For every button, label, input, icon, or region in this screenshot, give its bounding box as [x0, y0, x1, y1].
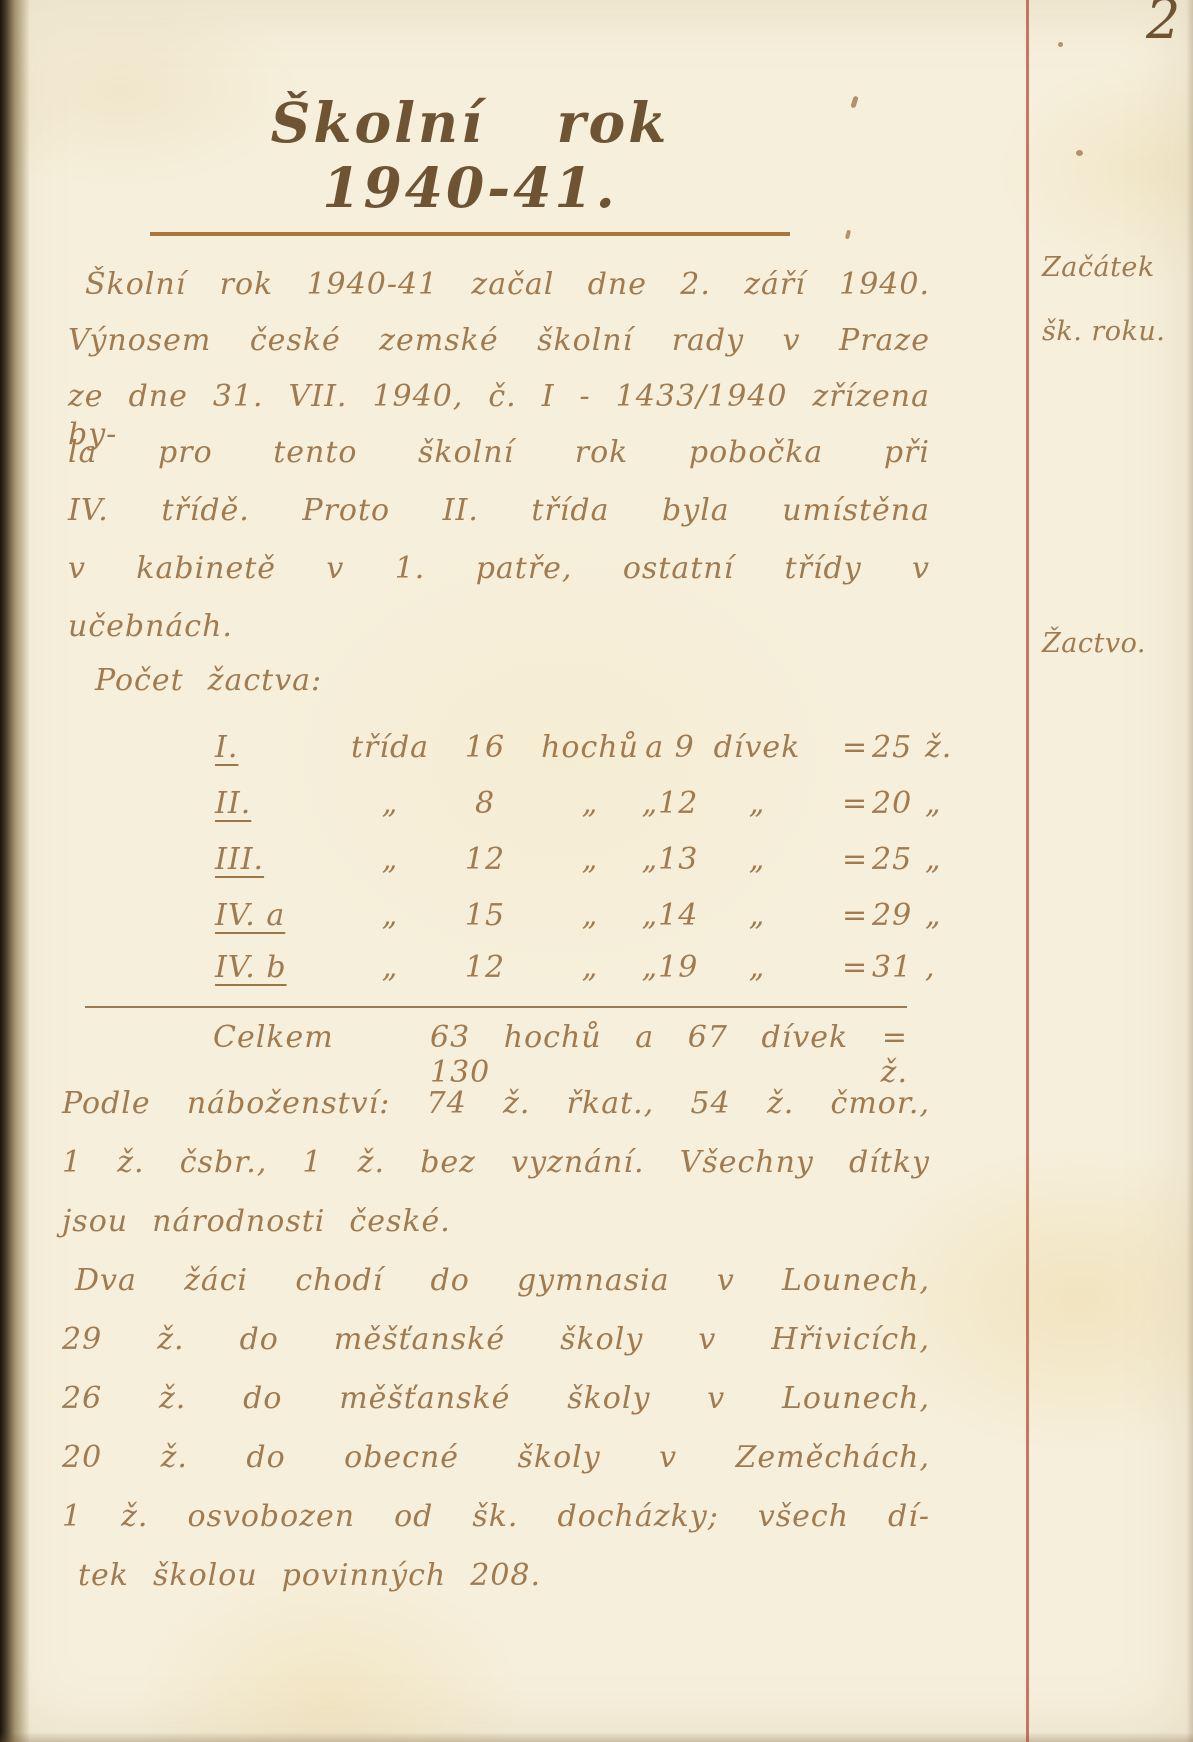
table-cell: 12: [450, 842, 520, 877]
table-cell: II.: [215, 786, 251, 821]
table-row: II. „ 8 „ „12 „ = 20 „: [0, 786, 1000, 826]
table-cell: „: [712, 842, 802, 877]
handwritten-line: Počet žactva:: [95, 662, 957, 700]
handwritten-line: 26 ž. do měšťanské školy v Lounech,: [62, 1380, 930, 1418]
handwritten-line: Dva žáci chodí do gymnasia v Lounech,: [75, 1262, 930, 1300]
handwritten-line: IV. třídě. Proto II. třída byla umístěna: [68, 492, 930, 530]
table-cell: „19: [615, 950, 725, 985]
table-cell: 29: [872, 898, 912, 933]
ink-speck: [1076, 150, 1083, 156]
handwritten-line: 20 ž. do obecné školy v Zeměchách,: [62, 1439, 930, 1477]
table-cell: 31: [872, 950, 912, 985]
table-cell: třída: [330, 730, 450, 765]
document-page: 2 Školní rok 1940-41. Školní rok 1940-41…: [0, 0, 1193, 1742]
table-cell: „: [925, 898, 942, 933]
table-cell: 16: [450, 730, 520, 765]
table-cell: IV. b: [215, 950, 287, 985]
table-row: III. „ 12 „ „13 „ = 25 „: [0, 842, 1000, 882]
table-cell: „: [330, 950, 450, 985]
table-cell: =: [842, 786, 868, 821]
table-cell: „: [712, 898, 802, 933]
table-cell: „12: [615, 786, 725, 821]
ink-speck: [845, 230, 851, 240]
handwritten-line: 1 ž. osvobozen od šk. docházky; všech dí…: [62, 1498, 930, 1536]
table-cell: =: [842, 730, 868, 765]
table-sum-line: [85, 1006, 907, 1008]
handwritten-line: tek školou povinných 208.: [78, 1557, 946, 1595]
margin-note-pupils: Žactvo.: [1042, 628, 1192, 659]
table-cell: 8: [450, 786, 520, 821]
table-cell: ,: [925, 950, 936, 985]
table-row: I. třída 16 hochů a 9 dívek = 25 ž.: [0, 730, 1000, 770]
table-cell: „: [925, 842, 942, 877]
table-cell: ž.: [925, 730, 952, 765]
margin-note-start-of-year: šk. roku.: [1042, 316, 1192, 347]
table-cell: IV. a: [215, 898, 285, 933]
table-cell: 25: [872, 842, 912, 877]
table-cell: =: [842, 842, 868, 877]
table-cell: 15: [450, 898, 520, 933]
table-cell: =: [842, 898, 868, 933]
table-cell: I.: [215, 730, 238, 765]
table-cell: „: [712, 786, 802, 821]
ink-speck: [850, 96, 858, 109]
handwritten-line: Podle náboženství: 74 ž. řkat., 54 ž. čm…: [62, 1085, 930, 1123]
table-cell: „14: [615, 898, 725, 933]
table-cell: „: [330, 786, 450, 821]
table-cell: a 9: [615, 730, 725, 765]
table-cell: „: [330, 898, 450, 933]
title-wrap: Školní rok 1940-41.: [150, 90, 790, 236]
page-title: Školní rok 1940-41.: [150, 90, 790, 236]
handwritten-line: 29 ž. do měšťanské školy v Hřivicích,: [62, 1321, 930, 1359]
page-bottom-edge: [0, 1732, 1193, 1742]
table-row: IV. b „ 12 „ „19 „ = 31 ,: [0, 950, 1000, 990]
margin-note-start-of-year: Začátek: [1042, 252, 1192, 283]
table-cell: „: [925, 786, 942, 821]
handwritten-line: učebnách.: [68, 608, 930, 646]
handwritten-line: Školní rok 1940-41 začal dne 2. září 194…: [85, 266, 930, 304]
table-cell: „: [712, 950, 802, 985]
handwritten-line: jsou národnosti české.: [62, 1203, 930, 1241]
table-cell: „: [330, 842, 450, 877]
table-row: IV. a „ 15 „ „14 „ = 29 „: [0, 898, 1000, 938]
table-cell: =: [842, 950, 868, 985]
table-cell: 25: [872, 730, 912, 765]
table-cell: 12: [450, 950, 520, 985]
handwritten-line: Výnosem české zemské školní rady v Praze: [68, 322, 930, 360]
margin-rule-line: [1026, 0, 1029, 1742]
table-cell: dívek: [712, 730, 802, 765]
handwritten-line: v kabinetě v 1. patře, ostatní třídy v: [68, 550, 930, 588]
ink-speck: [1058, 42, 1063, 47]
table-total-label: Celkem: [213, 1020, 334, 1055]
table-cell: III.: [215, 842, 264, 877]
page-number: 2: [1146, 0, 1181, 51]
table-total-values: 63 hochů a 67 dívek = 130 ž.: [430, 1020, 908, 1090]
handwritten-line: 1 ž. čsbr., 1 ž. bez vyznání. Všechny dí…: [62, 1144, 930, 1182]
table-cell: 20: [872, 786, 912, 821]
table-cell: „13: [615, 842, 725, 877]
handwritten-line: la pro tento školní rok pobočka při: [68, 434, 930, 472]
